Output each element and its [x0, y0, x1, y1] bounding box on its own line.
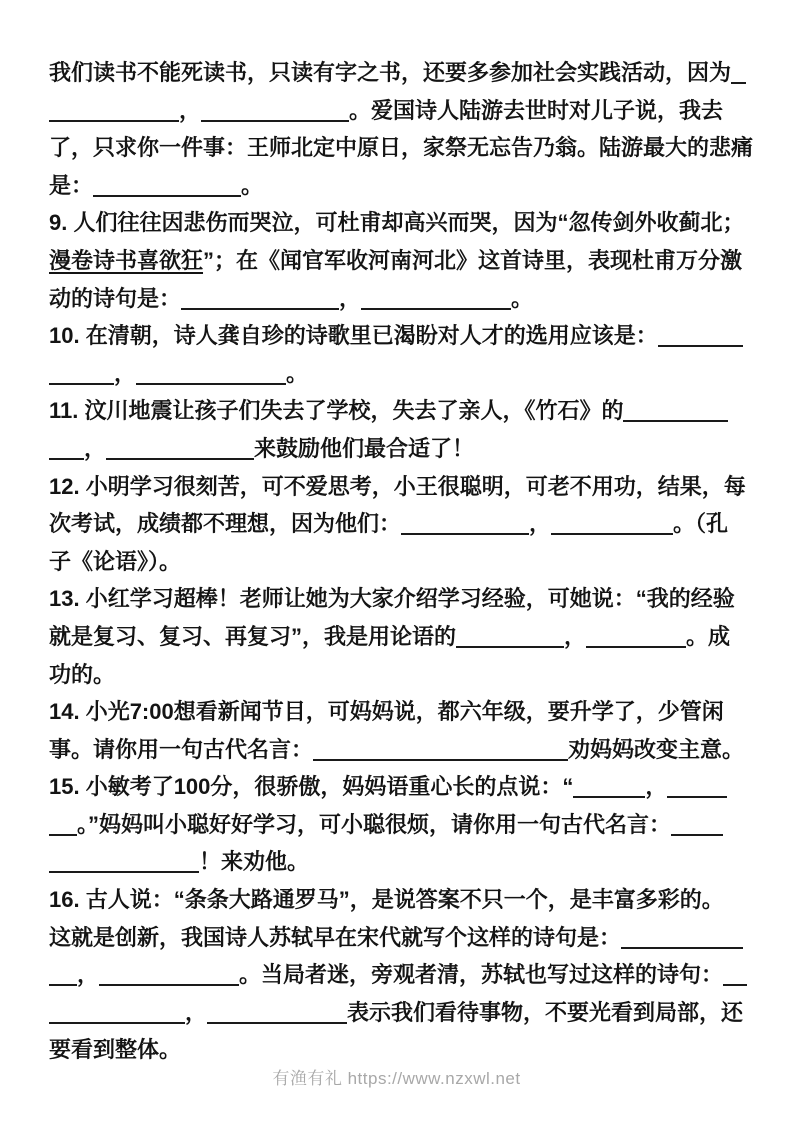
- text-segment: 15. 小敏考了100分，很骄傲，妈妈语重心长的点说：“: [49, 774, 573, 799]
- fill-in-blank: [49, 458, 84, 460]
- text-segment: ，: [77, 962, 99, 987]
- fill-in-blank: [49, 834, 77, 836]
- text-line: 16. 古人说：“条条大路通罗马”，是说答案不只一个，是丰富多彩的。: [49, 881, 749, 919]
- underlined-text-segment: 漫卷诗书喜欲狂: [49, 248, 203, 273]
- text-line: 功的。: [49, 656, 749, 694]
- fill-in-blank: [49, 984, 77, 986]
- fill-in-blank: [551, 533, 673, 535]
- text-segment: 事。请你用一句古代名言：: [49, 737, 313, 762]
- fill-in-blank: [361, 308, 511, 310]
- text-segment: 要看到整体。: [49, 1037, 181, 1062]
- text-segment: 10. 在清朝，诗人龚自珍的诗歌里已渴盼对人才的选用应该是：: [49, 323, 658, 348]
- text-line: 我们读书不能死读书，只读有字之书，还要多参加社会实践活动，因为: [49, 54, 749, 92]
- text-line: 11. 汶川地震让孩子们失去了学校，失去了亲人，《竹石》的: [49, 392, 749, 430]
- text-segment: 动的诗句是：: [49, 286, 181, 311]
- fill-in-blank: [731, 82, 746, 84]
- text-line: 。”妈妈叫小聪好好学习，可小聪很烦，请你用一句古代名言：: [49, 806, 749, 844]
- text-segment: 表示我们看待事物，不要光看到局部，还: [347, 1000, 743, 1025]
- text-line: 就是复习、复习、再复习”，我是用论语的，。成: [49, 618, 749, 656]
- fill-in-blank: [586, 646, 686, 648]
- text-segment: 11. 汶川地震让孩子们失去了学校，失去了亲人，《竹石》的: [49, 398, 623, 423]
- footer-watermark: 有渔有礼 https://www.nzxwl.net: [0, 1064, 793, 1089]
- text-line: 14. 小光7:00想看新闻节目，可妈妈说，都六年级，要升学了，少管闲: [49, 693, 749, 731]
- text-line: 漫卷诗书喜欲狂”；在《闻官军收河南河北》这首诗里，表现杜甫万分激: [49, 242, 749, 280]
- text-segment: 9. 人们往往因悲伤而哭泣，可杜甫却高兴而哭，因为“忽传剑外收蓟北；: [49, 210, 744, 235]
- fill-in-blank: [723, 984, 747, 986]
- fill-in-blank: [49, 1022, 185, 1024]
- fill-in-blank: [401, 533, 529, 535]
- text-segment: 16. 古人说：“条条大路通罗马”，是说答案不只一个，是丰富多彩的。: [49, 887, 724, 912]
- fill-in-blank: [621, 947, 743, 949]
- text-line: ，表示我们看待事物，不要光看到局部，还: [49, 994, 749, 1032]
- fill-in-blank: [201, 120, 349, 122]
- fill-in-blank: [49, 383, 114, 385]
- text-segment: 。”妈妈叫小聪好好学习，可小聪很烦，请你用一句古代名言：: [77, 812, 671, 837]
- text-line: ，。当局者迷，旁观者清，苏轼也写过这样的诗句：: [49, 956, 749, 994]
- text-line: 次考试，成绩都不理想，因为他们：，。（孔: [49, 505, 749, 543]
- text-segment: ，: [529, 511, 551, 536]
- text-segment: 就是复习、复习、再复习”，我是用论语的: [49, 624, 456, 649]
- text-line: 事。请你用一句古代名言：劝妈妈改变主意。: [49, 731, 749, 769]
- text-line: 这就是创新，我国诗人苏轼早在宋代就写个这样的诗句是：: [49, 919, 749, 957]
- fill-in-blank: [49, 871, 199, 873]
- text-segment: ，: [339, 286, 361, 311]
- text-segment: ，: [179, 98, 201, 123]
- text-segment: 功的。: [49, 662, 115, 687]
- text-line: ，来鼓励他们最合适了！: [49, 430, 749, 468]
- fill-in-blank: [667, 796, 727, 798]
- text-segment: 。爱国诗人陆游去世时对儿子说，我去: [349, 98, 723, 123]
- text-segment: 。: [286, 361, 308, 386]
- text-segment: ，: [84, 436, 106, 461]
- text-segment: ”；在《闻官军收河南河北》这首诗里，表现杜甫万分激: [203, 248, 742, 273]
- text-segment: ，: [185, 1000, 207, 1025]
- fill-in-blank: [136, 383, 286, 385]
- text-segment: 14. 小光7:00想看新闻节目，可妈妈说，都六年级，要升学了，少管闲: [49, 699, 724, 724]
- fill-in-blank: [313, 759, 568, 761]
- fill-in-blank: [93, 195, 241, 197]
- fill-in-blank: [658, 345, 743, 347]
- fill-in-blank: [207, 1022, 347, 1024]
- text-line: 13. 小红学习超棒！老师让她为大家介绍学习经验，可她说：“我的经验: [49, 580, 749, 618]
- fill-in-blank: [181, 308, 339, 310]
- fill-in-blank: [99, 984, 239, 986]
- text-segment: 。当局者迷，旁观者清，苏轼也写过这样的诗句：: [239, 962, 723, 987]
- text-segment: ，: [645, 774, 667, 799]
- text-segment: 我们读书不能死读书，只读有字之书，还要多参加社会实践活动，因为: [49, 60, 731, 85]
- fill-in-blank: [623, 420, 728, 422]
- text-segment: 劝妈妈改变主意。: [568, 737, 744, 762]
- text-line: 是：。: [49, 167, 749, 205]
- text-segment: ！来劝他。: [199, 849, 309, 874]
- text-segment: 12. 小明学习很刻苦，可不爱思考，小王很聪明，可老不用功，结果，每: [49, 474, 746, 499]
- text-segment: 是：: [49, 173, 93, 198]
- text-line: 动的诗句是：，。: [49, 280, 749, 318]
- text-line: ，。: [49, 355, 749, 393]
- fill-in-blank: [106, 458, 254, 460]
- text-segment: 次考试，成绩都不理想，因为他们：: [49, 511, 401, 536]
- fill-in-blank: [49, 120, 179, 122]
- text-segment: 来鼓励他们最合适了！: [254, 436, 474, 461]
- fill-in-blank: [456, 646, 564, 648]
- text-segment: ，: [564, 624, 586, 649]
- text-line: 了，只求你一件事：王师北定中原日，家祭无忘告乃翁。陆游最大的悲痛: [49, 129, 749, 167]
- text-line: 子《论语》）。: [49, 543, 749, 581]
- text-line: 10. 在清朝，诗人龚自珍的诗歌里已渴盼对人才的选用应该是：: [49, 317, 749, 355]
- text-line: 9. 人们往往因悲伤而哭泣，可杜甫却高兴而哭，因为“忽传剑外收蓟北；: [49, 204, 749, 242]
- fill-in-blank: [573, 796, 645, 798]
- text-line: ，。爱国诗人陆游去世时对儿子说，我去: [49, 92, 749, 130]
- text-segment: 13. 小红学习超棒！老师让她为大家介绍学习经验，可她说：“我的经验: [49, 586, 735, 611]
- text-line: 15. 小敏考了100分，很骄傲，妈妈语重心长的点说：“，: [49, 768, 749, 806]
- text-line: ！来劝他。: [49, 843, 749, 881]
- text-segment: 这就是创新，我国诗人苏轼早在宋代就写个这样的诗句是：: [49, 925, 621, 950]
- text-segment: 。成: [686, 624, 730, 649]
- text-segment: 了，只求你一件事：王师北定中原日，家祭无忘告乃翁。陆游最大的悲痛: [49, 135, 753, 160]
- text-segment: 。: [241, 173, 263, 198]
- text-segment: ，: [114, 361, 136, 386]
- text-line: 12. 小明学习很刻苦，可不爱思考，小王很聪明，可老不用功，结果，每: [49, 468, 749, 506]
- worksheet-page: 我们读书不能死读书，只读有字之书，还要多参加社会实践活动，因为，。爱国诗人陆游去…: [0, 0, 793, 1122]
- fill-in-blank: [671, 834, 723, 836]
- text-segment: 。: [511, 286, 533, 311]
- text-segment: 。（孔: [673, 511, 728, 536]
- text-segment: 子《论语》）。: [49, 549, 181, 574]
- document-content: 我们读书不能死读书，只读有字之书，还要多参加社会实践活动，因为，。爱国诗人陆游去…: [49, 54, 749, 1069]
